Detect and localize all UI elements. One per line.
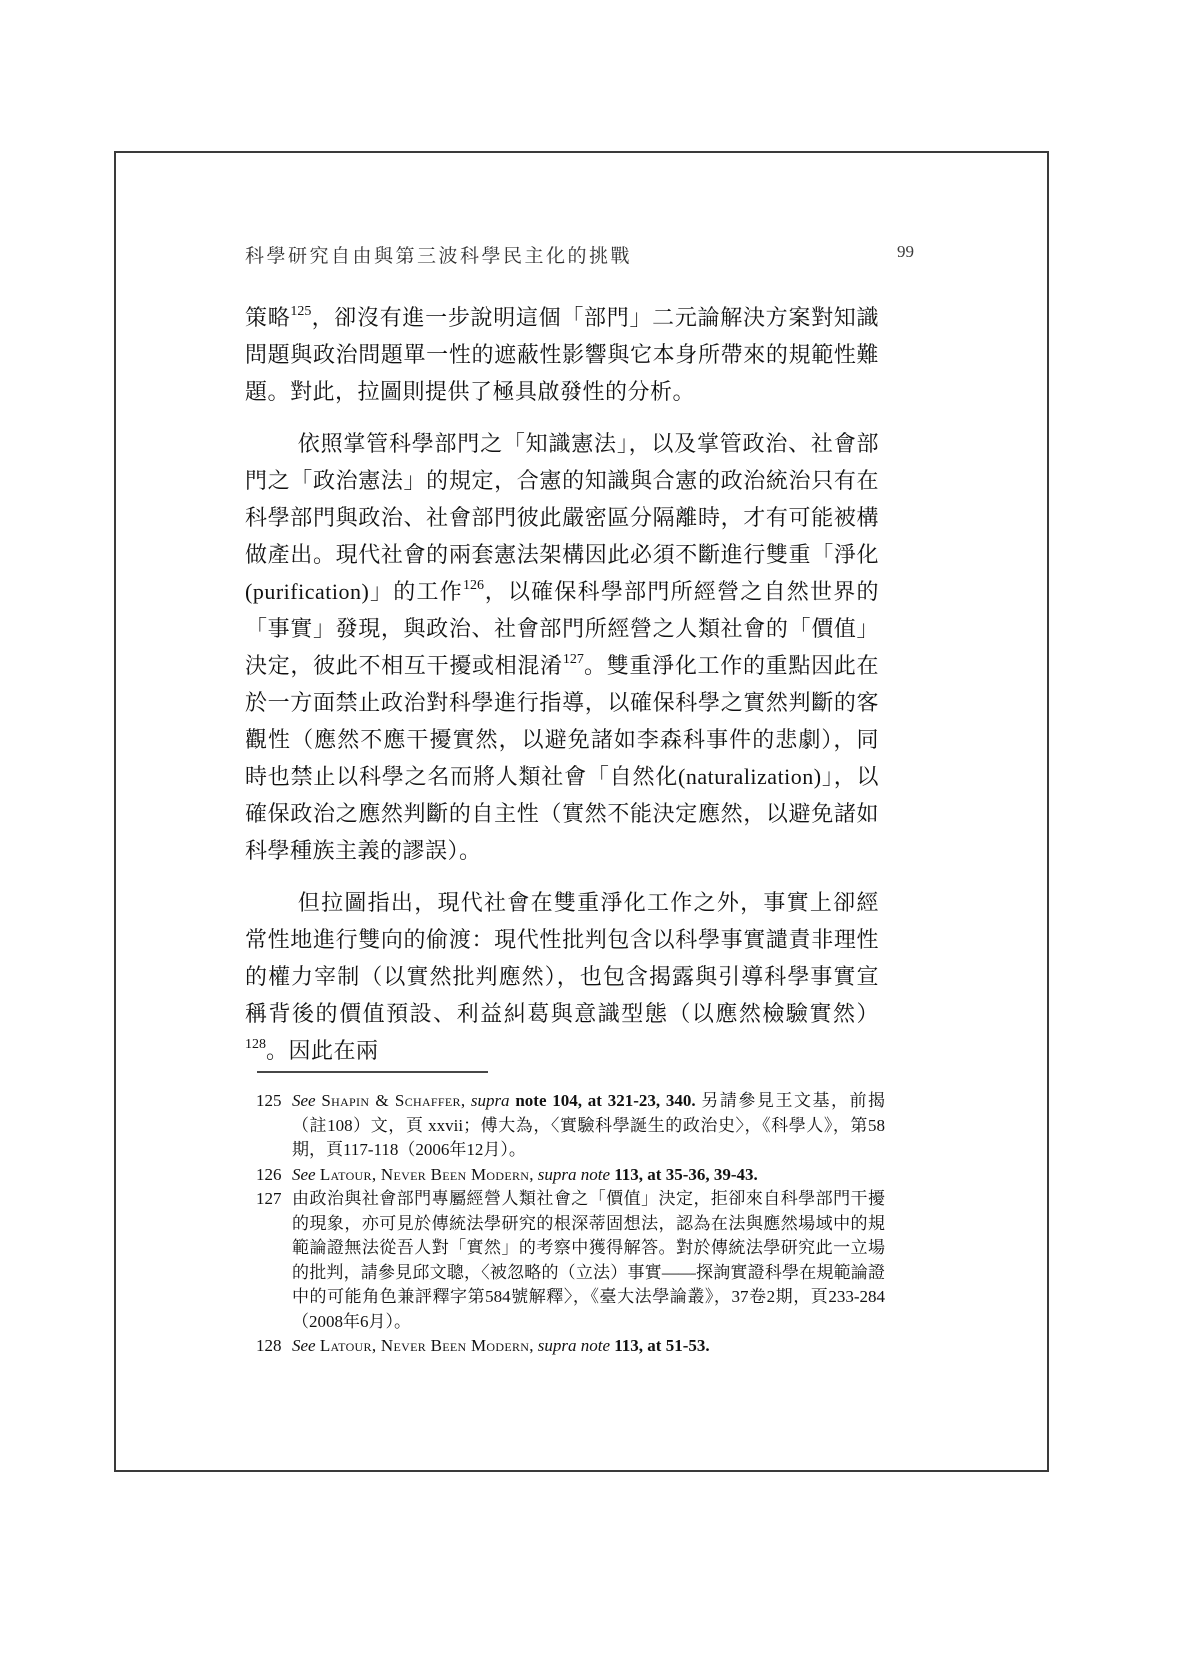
- text-segment: Shapin & Schaffer: [321, 1091, 460, 1110]
- footnote-text: See Latour, Never Been Modern, supra not…: [292, 1163, 885, 1188]
- footnote-ref: 125: [290, 304, 311, 319]
- text-segment: 113, at 35-36, 39-43.: [610, 1165, 758, 1184]
- body-paragraph: 依照掌管科學部門之「知識憲法」，以及掌管政治、社會部門之「政治憲法」的規定，合憲…: [245, 425, 879, 869]
- footnote-list: 125See Shapin & Schaffer, supra note 104…: [245, 1089, 885, 1359]
- footnote-area: 125See Shapin & Schaffer, supra note 104…: [245, 1071, 885, 1359]
- text-segment: See: [292, 1165, 320, 1184]
- text-segment: 113, at 51-53.: [610, 1336, 710, 1355]
- text-segment: supra: [471, 1091, 510, 1110]
- footnote-number: 127: [245, 1187, 292, 1334]
- text-segment: ，卻沒有進一步說明這個「部門」二元論解決方案對知識問題與政治問題單一性的遮蔽性影…: [245, 305, 879, 404]
- scanned-paper-page: { "header": { "title": "科學研究自由與第三波科學民主化的…: [0, 0, 1177, 1664]
- text-segment: 。雙重淨化工作的重點因此在於一方面禁止政治對科學進行指導，以確保科學之實然判斷的…: [245, 653, 879, 863]
- footnote-number: 125: [245, 1089, 292, 1163]
- text-segment: ,: [461, 1091, 471, 1110]
- footnote-number: 126: [245, 1163, 292, 1188]
- text-segment: note 104, at 321-23, 340.: [510, 1091, 696, 1110]
- running-header: 科學研究自由與第三波科學民主化的挑戰 99: [116, 241, 1047, 271]
- text-segment: ,: [529, 1165, 538, 1184]
- footnote: 125See Shapin & Schaffer, supra note 104…: [245, 1089, 885, 1163]
- text-segment: See: [292, 1336, 320, 1355]
- footnote-ref: 128: [245, 1037, 266, 1052]
- footnote-text: See Shapin & Schaffer, supra note 104, a…: [292, 1089, 885, 1163]
- footnote-number: 128: [245, 1334, 292, 1359]
- page-number: 99: [897, 242, 914, 262]
- text-segment: 由政治與社會部門專屬經營人類社會之「價值」決定，拒卻來自科學部門干擾的現象，亦可…: [292, 1189, 885, 1331]
- text-segment: 。因此在兩: [266, 1038, 379, 1063]
- footnote: 128See Latour, Never Been Modern, supra …: [245, 1334, 885, 1359]
- body-text-column: 策略125，卻沒有進一步說明這個「部門」二元論解決方案對知識問題與政治問題單一性…: [245, 299, 879, 1069]
- page-border-frame: 科學研究自由與第三波科學民主化的挑戰 99 策略125，卻沒有進一步說明這個「部…: [114, 151, 1049, 1472]
- footnote-text: See Latour, Never Been Modern, supra not…: [292, 1334, 885, 1359]
- running-header-title: 科學研究自由與第三波科學民主化的挑戰: [245, 241, 632, 268]
- text-segment: supra note: [538, 1336, 610, 1355]
- text-segment: ,: [529, 1336, 538, 1355]
- body-paragraph: 策略125，卻沒有進一步說明這個「部門」二元論解決方案對知識問題與政治問題單一性…: [245, 299, 879, 410]
- text-segment: See: [292, 1091, 321, 1110]
- text-segment: 策略: [245, 305, 290, 330]
- text-segment: 但拉圖指出，現代社會在雙重淨化工作之外，事實上卻經常性地進行雙向的偷渡：現代性批…: [245, 890, 879, 1026]
- footnote-separator-rule: [257, 1071, 488, 1073]
- footnote-text: 由政治與社會部門專屬經營人類社會之「價值」決定，拒卻來自科學部門干擾的現象，亦可…: [292, 1187, 885, 1334]
- body-paragraph: 但拉圖指出，現代社會在雙重淨化工作之外，事實上卻經常性地進行雙向的偷渡：現代性批…: [245, 884, 879, 1069]
- footnote-ref: 127: [563, 652, 584, 667]
- text-segment: Latour, Never Been Modern: [320, 1165, 529, 1184]
- text-segment: supra note: [538, 1165, 610, 1184]
- text-segment: Latour, Never Been Modern: [320, 1336, 529, 1355]
- footnote-ref: 126: [463, 578, 484, 593]
- footnote: 127由政治與社會部門專屬經營人類社會之「價值」決定，拒卻來自科學部門干擾的現象…: [245, 1187, 885, 1334]
- footnote: 126See Latour, Never Been Modern, supra …: [245, 1163, 885, 1188]
